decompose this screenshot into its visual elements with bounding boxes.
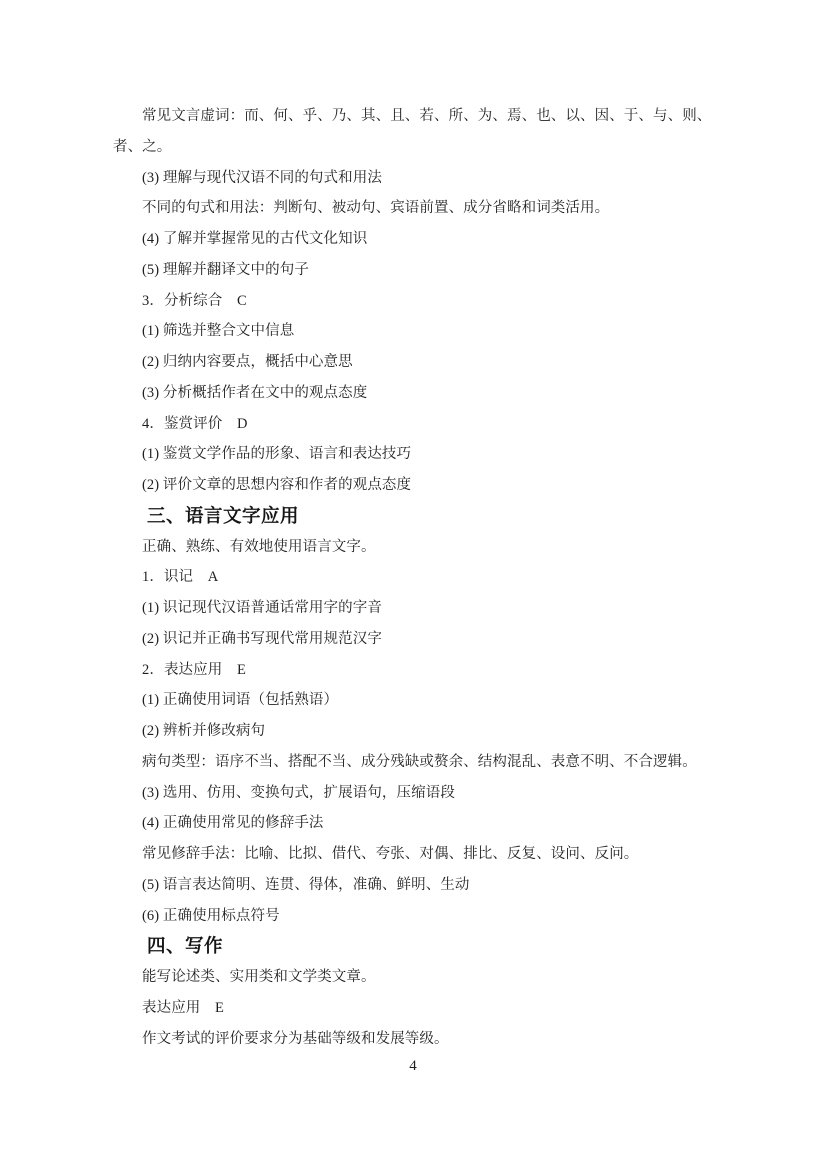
- text-line: (2) 识记并正确书写现代常用规范汉字: [113, 624, 753, 655]
- text-line: 常见修辞手法：比喻、比拟、借代、夸张、对偶、排比、反复、设问、反问。: [113, 839, 753, 870]
- section-heading: 三、语言文字应用: [113, 501, 753, 532]
- text-line: 者、之。: [113, 132, 753, 163]
- text-line: (6) 正确使用标点符号: [113, 901, 753, 932]
- text-line: (5) 语言表达简明、连贯、得体，准确、鲜明、生动: [113, 870, 753, 901]
- text-line: (2) 辨析并修改病句: [113, 716, 753, 747]
- text-line: (1) 识记现代汉语普通话常用字的字音: [113, 593, 753, 624]
- text-line: 表达应用 E: [113, 993, 753, 1024]
- text-line: 不同的句式和用法：判断句、被动句、宾语前置、成分省略和词类活用。: [113, 193, 753, 224]
- text-line: (4) 正确使用常见的修辞手法: [113, 808, 753, 839]
- text-line: 3．分析综合 C: [113, 286, 753, 317]
- text-line: (2) 归纳内容要点，概括中心意思: [113, 347, 753, 378]
- text-line: 2．表达应用 E: [113, 655, 753, 686]
- text-line: 4．鉴赏评价 D: [113, 409, 753, 440]
- text-line: (3) 理解与现代汉语不同的句式和用法: [113, 163, 753, 194]
- text-line: (1) 鉴赏文学作品的形象、语言和表达技巧: [113, 439, 753, 470]
- section-heading: 四、写作: [113, 931, 753, 962]
- text-line: 1．识记 A: [113, 562, 753, 593]
- text-line: 正确、熟练、有效地使用语言文字。: [113, 532, 753, 563]
- text-line: (4) 了解并掌握常见的古代文化知识: [113, 224, 753, 255]
- document-page: 常见文言虚词：而、何、乎、乃、其、且、若、所、为、焉、也、以、因、于、与、则、者…: [0, 0, 826, 1169]
- text-line: (5) 理解并翻译文中的句子: [113, 255, 753, 286]
- text-line: (1) 筛选并整合文中信息: [113, 316, 753, 347]
- text-line: 病句类型：语序不当、搭配不当、成分残缺或赘余、结构混乱、表意不明、不合逻辑。: [113, 747, 753, 778]
- text-line: 作文考试的评价要求分为基础等级和发展等级。: [113, 1024, 753, 1055]
- document-body: 常见文言虚词：而、何、乎、乃、其、且、若、所、为、焉、也、以、因、于、与、则、者…: [113, 101, 753, 1054]
- text-line: (2) 评价文章的思想内容和作者的观点态度: [113, 470, 753, 501]
- text-line: 常见文言虚词：而、何、乎、乃、其、且、若、所、为、焉、也、以、因、于、与、则、: [113, 101, 753, 132]
- page-number: 4: [0, 1051, 826, 1082]
- text-line: 能写论述类、实用类和文学类文章。: [113, 962, 753, 993]
- text-line: (3) 选用、仿用、变换句式，扩展语句，压缩语段: [113, 778, 753, 809]
- text-line: (1) 正确使用词语（包括熟语）: [113, 685, 753, 716]
- text-line: (3) 分析概括作者在文中的观点态度: [113, 378, 753, 409]
